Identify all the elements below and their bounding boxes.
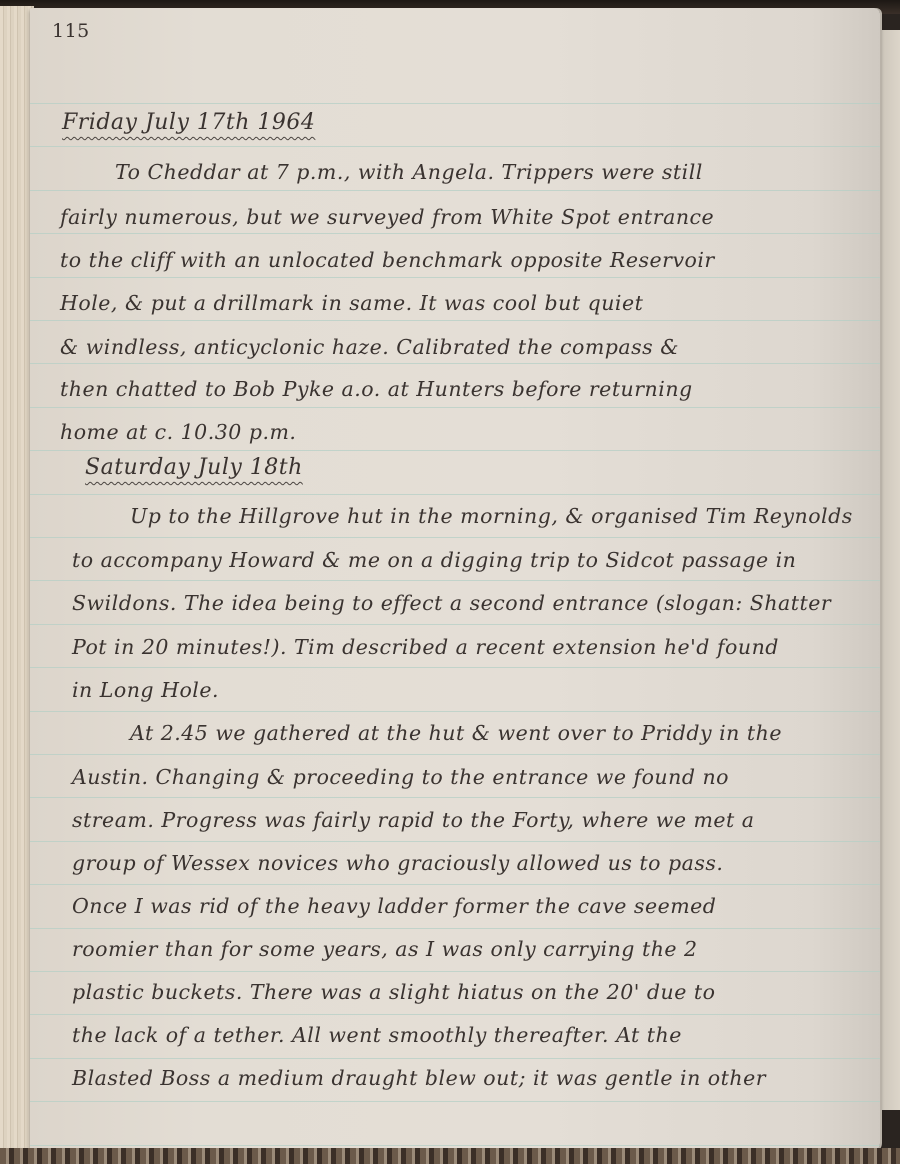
entry-line: to accompany Howard & me on a digging tr… bbox=[72, 548, 796, 572]
ruled-line bbox=[30, 1058, 880, 1059]
ruled-line bbox=[30, 841, 880, 842]
page-number: 115 bbox=[52, 20, 90, 42]
entry-line: & windless, anticyclonic haze. Calibrate… bbox=[60, 335, 679, 359]
entry-line: plastic buckets. There was a slight hiat… bbox=[72, 980, 715, 1004]
entry-line: to the cliff with an unlocated benchmark… bbox=[60, 248, 715, 272]
ruled-line bbox=[30, 146, 880, 147]
ruled-line bbox=[30, 277, 880, 278]
entry-line: group of Wessex novices who graciously a… bbox=[72, 851, 723, 875]
entry-line: Up to the Hillgrove hut in the morning, … bbox=[130, 504, 853, 528]
entry-line: Blasted Boss a medium draught blew out; … bbox=[72, 1066, 766, 1090]
ruled-line bbox=[30, 580, 880, 581]
ruled-line bbox=[30, 928, 880, 929]
ruled-line bbox=[30, 667, 880, 668]
ruled-line bbox=[30, 407, 880, 408]
entry-line: Austin. Changing & proceeding to the ent… bbox=[72, 765, 729, 789]
ruled-line bbox=[30, 494, 880, 495]
entry-line: Swildons. The idea being to effect a sec… bbox=[72, 591, 831, 615]
ruled-line bbox=[30, 190, 880, 191]
entry-line: Hole, & put a drillmark in same. It was … bbox=[60, 291, 643, 315]
ruled-line bbox=[30, 363, 880, 364]
ruled-line bbox=[30, 103, 880, 104]
entry-line: Once I was rid of the heavy ladder forme… bbox=[72, 894, 716, 918]
entry-line: the lack of a tether. All went smoothly … bbox=[72, 1023, 682, 1047]
entry-line: Pot in 20 minutes!). Tim described a rec… bbox=[72, 635, 779, 659]
entry-line: To Cheddar at 7 p.m., with Angela. Tripp… bbox=[115, 160, 703, 184]
ruled-line bbox=[30, 711, 880, 712]
ruled-line bbox=[30, 797, 880, 798]
entry-line: in Long Hole. bbox=[72, 678, 219, 702]
page-block-bottom-edge bbox=[0, 1148, 900, 1164]
entry-heading-friday: Friday July 17th 1964 bbox=[62, 110, 315, 135]
entry-heading-saturday: Saturday July 18th bbox=[85, 455, 303, 480]
ruled-line bbox=[30, 450, 880, 451]
ruled-line bbox=[30, 537, 880, 538]
entry-line: stream. Progress was fairly rapid to the… bbox=[72, 808, 755, 832]
entry-line: fairly numerous, but we surveyed from Wh… bbox=[60, 205, 714, 229]
ruled-line bbox=[30, 971, 880, 972]
entry-line: roomier than for some years, as I was on… bbox=[72, 937, 698, 961]
page-stack-edge bbox=[0, 6, 34, 1151]
adjacent-page-edge bbox=[880, 30, 900, 1110]
ruled-line bbox=[30, 754, 880, 755]
entry-line: At 2.45 we gathered at the hut & went ov… bbox=[130, 721, 782, 745]
ruled-line bbox=[30, 884, 880, 885]
entry-line: then chatted to Bob Pyke a.o. at Hunters… bbox=[60, 377, 693, 401]
entry-line: home at c. 10.30 p.m. bbox=[60, 420, 296, 444]
ruled-line bbox=[30, 233, 880, 234]
ruled-line bbox=[30, 1101, 880, 1102]
ruled-line bbox=[30, 624, 880, 625]
ruled-line bbox=[30, 320, 880, 321]
notebook-page: 115 Friday July 17th 1964 To Cheddar at … bbox=[30, 8, 880, 1153]
ruled-line bbox=[30, 1014, 880, 1015]
ruled-line bbox=[30, 1145, 880, 1146]
